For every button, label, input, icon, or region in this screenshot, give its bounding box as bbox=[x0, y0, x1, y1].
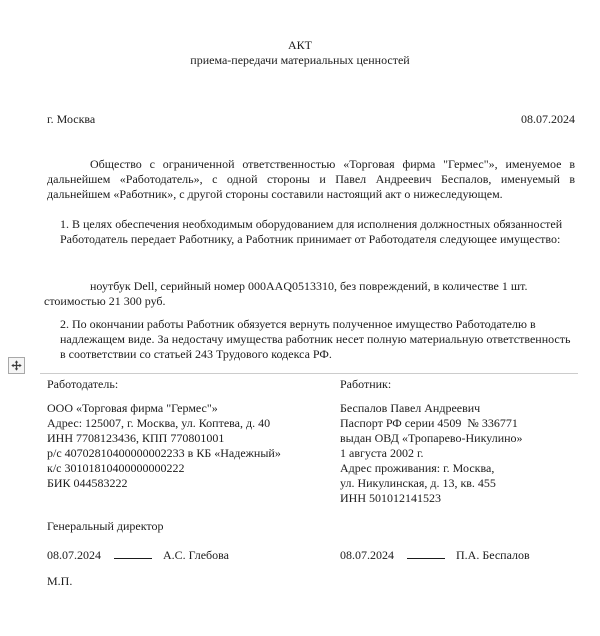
signature-row: 08.07.2024 А.С. Глебова 08.07.2024 П.А. … bbox=[47, 547, 575, 563]
employee-passport-date: 1 августа 2002 г. bbox=[340, 446, 575, 461]
employee-sign-name: П.А. Беспалов bbox=[456, 548, 530, 563]
parties-table: Работодатель: ООО «Торговая фирма "Герме… bbox=[47, 377, 575, 506]
clause-1-paragraph: 1. В целях обеспечения необходимым обору… bbox=[60, 217, 575, 247]
signer-title: Генеральный директор bbox=[47, 519, 164, 534]
employer-heading: Работодатель: bbox=[47, 377, 340, 392]
employer-column: Работодатель: ООО «Торговая фирма "Герме… bbox=[47, 377, 340, 506]
clause-2-paragraph: 2. По окончании работы Работник обязуетс… bbox=[60, 317, 575, 362]
document-date: 08.07.2024 bbox=[521, 112, 575, 127]
employee-passport-series: Паспорт РФ серии 4509 № 336771 bbox=[340, 416, 575, 431]
employer-signature-line bbox=[114, 547, 152, 559]
document-place: г. Москва bbox=[47, 112, 95, 127]
stamp-placeholder: М.П. bbox=[47, 574, 72, 589]
employee-passport-issuer: выдан ОВД «Тропарево-Никулино» bbox=[340, 431, 575, 446]
employee-column: Работник: Беспалов Павел Андреевич Паспо… bbox=[340, 377, 575, 506]
move-cross-icon bbox=[11, 360, 22, 371]
employee-name: Беспалов Павел Андреевич bbox=[340, 401, 575, 416]
employer-name: ООО «Торговая фирма "Гермес"» bbox=[47, 401, 340, 416]
employee-address-line-2: ул. Никулинская, д. 13, кв. 455 bbox=[340, 476, 575, 491]
employee-heading: Работник: bbox=[340, 377, 575, 392]
employer-signature-block: 08.07.2024 А.С. Глебова bbox=[47, 547, 340, 563]
place-date-row: г. Москва 08.07.2024 bbox=[47, 112, 575, 127]
title-line-2: приема-передачи материальных ценностей bbox=[0, 53, 600, 68]
employer-sign-name: А.С. Глебова bbox=[163, 548, 229, 563]
employer-address: Адрес: 125007, г. Москва, ул. Коптева, д… bbox=[47, 416, 340, 431]
document-title: АКТ приема-передачи материальных ценност… bbox=[0, 38, 600, 68]
employee-signature-block: 08.07.2024 П.А. Беспалов bbox=[340, 547, 575, 563]
item-description-paragraph: ноутбук Dell, серийный номер 000AAQ05133… bbox=[44, 279, 576, 309]
employee-inn: ИНН 501012141523 bbox=[340, 491, 575, 506]
employer-inn-kpp: ИНН 7708123436, КПП 770801001 bbox=[47, 431, 340, 446]
employee-signature-line bbox=[407, 547, 445, 559]
employer-settlement-account: р/с 40702810400000002233 в КБ «Надежный» bbox=[47, 446, 340, 461]
employee-address-line-1: Адрес проживания: г. Москва, bbox=[340, 461, 575, 476]
document-page: АКТ приема-передачи материальных ценност… bbox=[0, 0, 600, 636]
employee-sign-date: 08.07.2024 bbox=[340, 548, 394, 563]
employer-bik: БИК 044583222 bbox=[47, 476, 340, 491]
employer-sign-date: 08.07.2024 bbox=[47, 548, 101, 563]
title-line-1: АКТ bbox=[0, 38, 600, 53]
employer-corr-account: к/с 30101810400000000222 bbox=[47, 461, 340, 476]
intro-paragraph: Общество с ограниченной ответственностью… bbox=[47, 157, 575, 202]
table-move-handle[interactable] bbox=[8, 357, 25, 374]
table-top-border bbox=[40, 373, 578, 374]
